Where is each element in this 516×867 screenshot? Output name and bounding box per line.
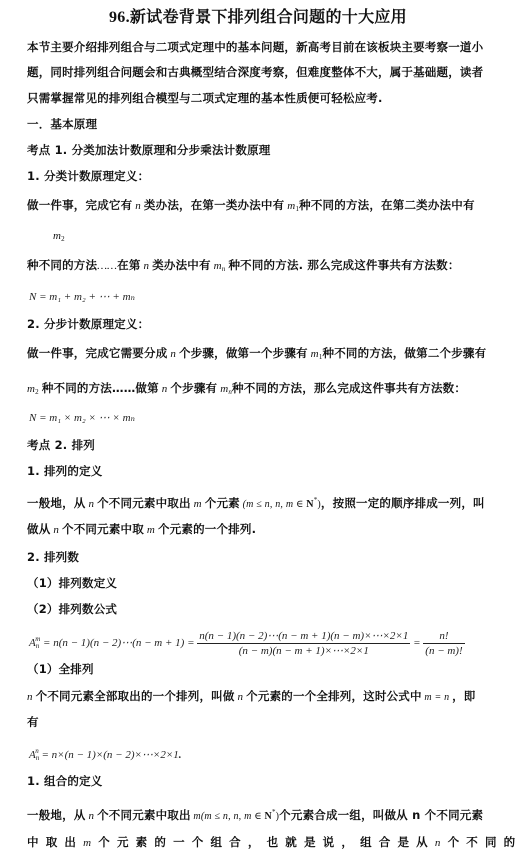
math-m1: m1: [284, 200, 299, 212]
permutation-count-heading: 2. 排列数: [27, 550, 79, 564]
step-def-line-1: 做一件事，完成它需要分成 n 个步骤，做第一个步骤有 m1种不同的方法，做第二个…: [27, 346, 486, 364]
step-product-formula: N = m₁ × m₂ × ⋯ × mₙ: [29, 411, 135, 425]
text: 种不同的方法，在第二类办法中有: [299, 198, 475, 212]
permutation-def-heading: 1. 排列的定义: [27, 464, 102, 478]
section-heading-basic-principles: 一．基本原理: [27, 117, 97, 131]
intro-line-2: 题，同时排列组合问题会和古典概型结合深度考察，但难度整体不大，属于基础题，读者: [27, 65, 483, 79]
full-permutation-line-1: n 个不同元素全部取出的一个排列，叫做 n 个元素的一个全排列，这时公式中 m …: [27, 689, 475, 705]
full-permutation-line-2: 有: [27, 715, 39, 729]
math-n: n: [132, 200, 144, 212]
intro-line-3: 只需掌握常见的排列组合模型与二项式定理的基本性质便可轻松应考.: [27, 91, 383, 105]
full-permutation-heading: （1）全排列: [27, 662, 94, 676]
intro-line-1: 本节主要介绍排列组合与二项式定理中的基本问题，新高考目前在该板块主要考察一道小: [27, 40, 483, 54]
step-def-line-2: m2 种不同的方法……做第 n 个步骤有 mn种不同的方法，那么完成这件事共有方…: [27, 381, 466, 399]
classification-sum-formula: N = m₁ + m₂ + ⋯ + mₙ: [29, 290, 135, 304]
permutation-fraction: n(n − 1)(n − 2)⋯(n − m + 1)(n − m)×⋯×2×1…: [197, 629, 410, 658]
permutation-def-line-1: 一般地，从 n 个不同元素中取出 m 个元素 (m ≤ n, n, m ∈ N*…: [27, 493, 485, 512]
kaodian-1-heading: 考点 1. 分类加法计数原理和分步乘法计数原理: [27, 143, 270, 157]
classification-def-line-2: 种不同的方法……在第 n 类办法中有 mn 种不同的方法. 那么完成这件事共有方…: [27, 258, 460, 276]
step-principle-heading: 2. 分步计数原理定义：: [27, 317, 149, 331]
combination-def-line-2: 中取出m个元素的一个组合，也就是说，组合是从n个不同的元素中取出: [27, 835, 516, 850]
combination-def-line-1: 一般地，从 n 个不同元素中取出 m(m ≤ n, n, m ∈ N*)个元素合…: [27, 805, 483, 824]
kaodian-2-heading: 考点 2. 排列: [27, 438, 95, 452]
text: 做一件事，完成它有: [27, 198, 132, 212]
full-permutation-formula: Ann = n×(n − 1)×(n − 2)×⋯×2×1.: [29, 744, 182, 765]
permutation-count-formula-heading: （2）排列数公式: [27, 602, 117, 616]
permutation-formula: Anm = n(n − 1)(n − 2)⋯(n − m + 1) = n(n …: [29, 624, 465, 661]
math-m2: m2: [53, 229, 65, 246]
factorial-fraction: n!(n − m)!: [423, 629, 464, 658]
combination-def-heading: 1. 组合的定义: [27, 774, 102, 788]
permutation-count-def: （1）排列数定义: [27, 576, 117, 590]
document-page: 96.新试卷背景下排列组合问题的十大应用 本节主要介绍排列组合与二项式定理中的基…: [0, 0, 516, 867]
classification-principle-heading: 1. 分类计数原理定义：: [27, 169, 149, 183]
classification-def-line-1: 做一件事，完成它有 n 类办法，在第一类办法中有 m1种不同的方法，在第二类办法…: [27, 198, 475, 216]
document-title: 96.新试卷背景下排列组合问题的十大应用: [0, 8, 516, 28]
permutation-def-line-2: 做从 n 个不同元素中取 m 个元素的一个排列.: [27, 522, 256, 537]
text: 类办法，在第一类办法中有: [144, 198, 284, 212]
